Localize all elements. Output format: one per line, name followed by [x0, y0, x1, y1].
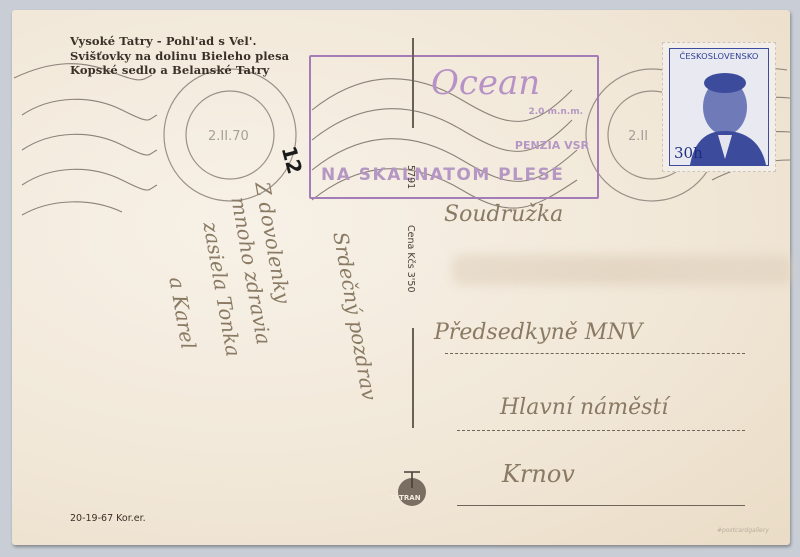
stamp-image: ČESKOSLOVENSKO 30h [669, 48, 769, 166]
address-city: Krnov [502, 460, 575, 488]
postcard-back: 2.II.70 2.II Vysoké Tatry - Pohl'ad s Ve… [12, 10, 790, 545]
center-divider-top [412, 38, 414, 128]
address-rule [445, 353, 745, 354]
catalog-number: 5791 [405, 165, 416, 189]
price-label: Cena Kčs 3'50 [405, 225, 416, 293]
slogan-line: NA SKALNATOM PLESE [321, 165, 564, 185]
caption-line: Svišťovky na dolinu Bieleho plesa [70, 49, 289, 64]
caption-line: Vysoké Tatry - Pohl'ad s Vel'. [70, 34, 289, 49]
svg-text:2.II.70: 2.II.70 [208, 129, 249, 144]
printer-code: 20-19-67 Kor.er. [70, 513, 146, 524]
slogan-script: Ocean [431, 63, 540, 103]
picture-caption: Vysoké Tatry - Pohl'ad s Vel'. Svišťovky… [70, 34, 289, 78]
redacted-address [452, 255, 792, 285]
svg-text:2.II: 2.II [628, 129, 648, 144]
slogan-line: 2.0 m.n.m. [529, 107, 584, 117]
watermark: #postcardgallery [717, 527, 769, 534]
address-rule [457, 430, 745, 431]
slogan-line: PENZIA VSR [515, 139, 589, 152]
address-rule [457, 505, 745, 506]
slogan-cancellation: Ocean 2.0 m.n.m. PENZIA VSR NA SKALNATOM… [309, 55, 599, 199]
address-line: Předsedkyně MNV [434, 320, 642, 345]
caption-line: Kopské sedlo a Belanské Tatry [70, 63, 289, 78]
address-name: Soudružka [444, 202, 563, 227]
publisher-logo: TATRAN [390, 494, 421, 502]
postage-stamp: ČESKOSLOVENSKO 30h [662, 42, 776, 172]
stamp-value: 30h [674, 144, 703, 162]
center-divider-bottom [412, 328, 414, 428]
address-line: Hlavní náměstí [500, 395, 668, 420]
